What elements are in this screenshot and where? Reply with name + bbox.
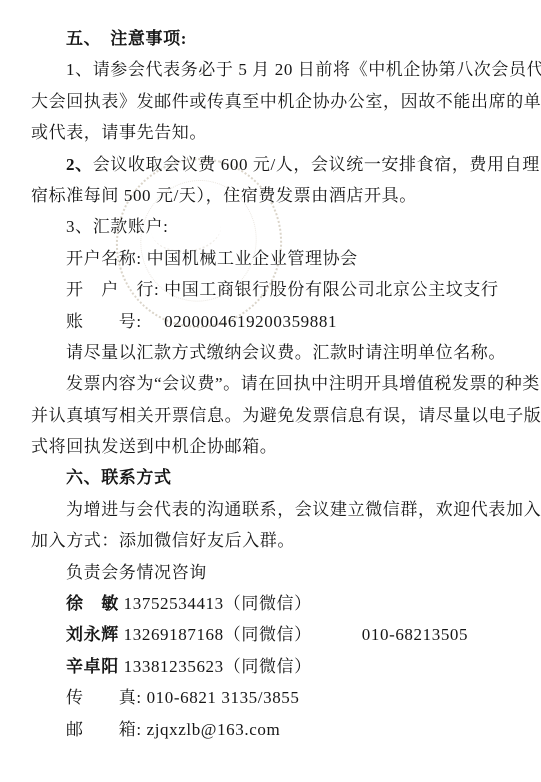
section6-heading: 六、联系方式: [31, 462, 513, 493]
para-return-receipt-line1: 1、请参会代表务必于 5 月 20 日前将《中机企协第八次会员代表: [31, 54, 513, 85]
para-return-receipt-text2: 大会回执表》发邮件或传真至中机企协办公室，因故不能出席的单位: [31, 92, 541, 111]
contact-xu-min: 徐 敏 13752534413（同微信）: [31, 588, 513, 619]
contact-xin-zhuoyang-phone: 13381235623（同微信）: [119, 657, 312, 676]
contact-xin-zhuoyang-name: 辛卓阳: [66, 657, 119, 676]
invoice-note-line1: 发票内容为“会议费”。请在回执中注明开具增值税发票的种类，: [31, 368, 513, 399]
email-line: 邮 箱: zjqxzlb@163.com: [31, 714, 513, 745]
account-number-text: 账 号: 0200004619200359881: [66, 312, 337, 331]
contact-liu-yonghui-landline: 010-68213505: [362, 625, 468, 644]
para-fee-line2: 宿标准每间 500 元/天），住宿费发票由酒店开具。: [31, 180, 513, 211]
contact-caption-text: 负责会务情况咨询: [66, 563, 207, 582]
invoice-note-text2: 并认真填写相关开票信息。为避免发票信息有误，请尽量以电子版方: [31, 406, 541, 425]
para-fee-text2: 宿标准每间 500 元/天），住宿费发票由酒店开具。: [31, 186, 417, 205]
para-fee-number: 2、: [66, 155, 93, 174]
wechat-note-text1: 为增进与会代表的沟通联系，会议建立微信群，欢迎代表加入。: [66, 500, 541, 519]
invoice-note-text1: 发票内容为“会议费”。请在回执中注明开具增值税发票的种类，: [66, 374, 541, 393]
invoice-note-line2: 并认真填写相关开票信息。为避免发票信息有误，请尽量以电子版方: [31, 400, 513, 431]
scanned-notice-page: 五、 注意事项: 1、请参会代表务必于 5 月 20 日前将《中机企协第八次会员…: [0, 0, 541, 782]
wechat-note-line1: 为增进与会代表的沟通联系，会议建立微信群，欢迎代表加入。: [31, 494, 513, 525]
document-body: 五、 注意事项: 1、请参会代表务必于 5 月 20 日前将《中机企协第八次会员…: [31, 23, 513, 745]
remit-note-line: 请尽量以汇款方式缴纳会议费。汇款时请注明单位名称。: [31, 337, 513, 368]
fax-text: 传 真: 010-6821 3135/3855: [66, 688, 300, 707]
para-return-receipt-line2: 大会回执表》发邮件或传真至中机企协办公室，因故不能出席的单位: [31, 86, 513, 117]
contact-liu-yonghui-name: 刘永辉: [66, 625, 119, 644]
invoice-note-line3: 式将回执发送到中机企协邮箱。: [31, 431, 513, 462]
wechat-note-line2: 加入方式：添加微信好友后入群。: [31, 525, 513, 556]
remit-note-text: 请尽量以汇款方式缴纳会议费。汇款时请注明单位名称。: [66, 343, 506, 362]
bank-name-line: 开 户 行: 中国工商银行股份有限公司北京公主坟支行: [31, 274, 513, 305]
para-return-receipt-line3: 或代表，请事先告知。: [31, 117, 513, 148]
contact-xin-zhuoyang: 辛卓阳 13381235623（同微信）: [31, 651, 513, 682]
section6-heading-text: 六、联系方式: [66, 468, 172, 487]
account-name-text: 开户名称: 中国机械工业企业管理协会: [66, 249, 358, 268]
wechat-note-text2: 加入方式：添加微信好友后入群。: [31, 531, 295, 550]
contact-liu-yonghui-phone: 13269187168（同微信）: [119, 625, 312, 644]
remit-account-label-text: 3、汇款账户:: [66, 217, 168, 236]
remit-account-label: 3、汇款账户:: [31, 211, 513, 242]
account-number-line: 账 号: 0200004619200359881: [31, 306, 513, 337]
contact-xu-min-phone: 13752534413（同微信）: [119, 594, 312, 613]
contact-xu-min-name: 徐 敏: [66, 594, 119, 613]
contact-caption: 负责会务情况咨询: [31, 557, 513, 588]
account-name-line: 开户名称: 中国机械工业企业管理协会: [31, 243, 513, 274]
section5-heading-text: 五、 注意事项:: [66, 29, 187, 48]
bank-name-text: 开 户 行: 中国工商银行股份有限公司北京公主坟支行: [66, 280, 499, 299]
para-return-receipt-text1: 1、请参会代表务必于 5 月 20 日前将《中机企协第八次会员代表: [66, 60, 541, 79]
fax-line: 传 真: 010-6821 3135/3855: [31, 682, 513, 713]
para-fee-text1: 会议收取会议费 600 元/人，会议统一安排食宿，费用自理（住: [93, 155, 541, 174]
section5-heading: 五、 注意事项:: [31, 23, 513, 54]
para-fee-line1: 2、会议收取会议费 600 元/人，会议统一安排食宿，费用自理（住: [31, 149, 513, 180]
contact-liu-yonghui: 刘永辉 13269187168（同微信）010-68213505: [31, 619, 513, 650]
email-text: 邮 箱: zjqxzlb@163.com: [66, 720, 280, 739]
para-return-receipt-text3: 或代表，请事先告知。: [31, 123, 207, 142]
invoice-note-text3: 式将回执发送到中机企协邮箱。: [31, 437, 277, 456]
